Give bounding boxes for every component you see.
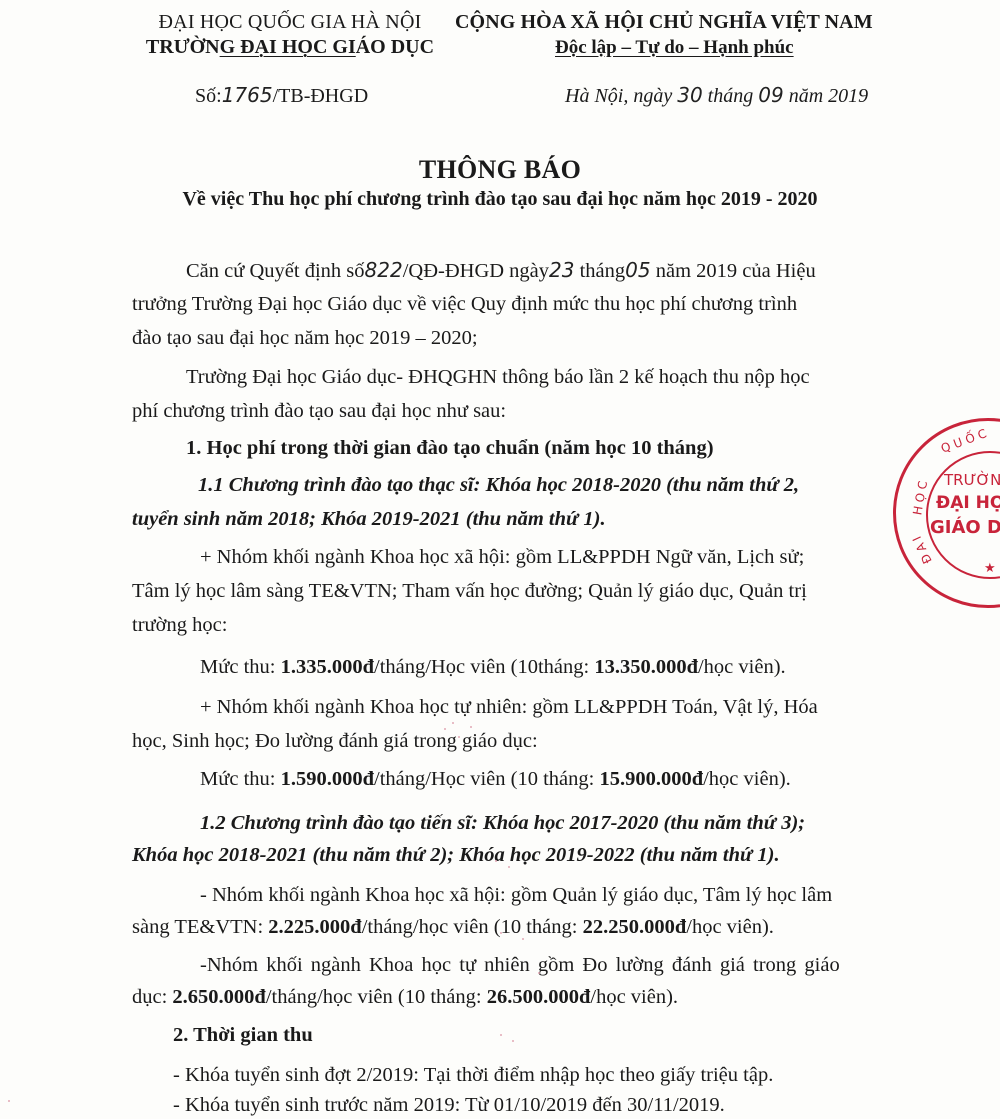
star-icon: ★ xyxy=(984,561,996,576)
parent-organization: ĐẠI HỌC QUỐC GIA HÀ NỘI xyxy=(140,10,440,35)
handwritten-decision-month: 05 xyxy=(625,258,650,282)
phd-natural-group-line-2: dục: 2.650.000đ/tháng/học viên (10 tháng… xyxy=(132,980,678,1014)
national-motto: Độc lập – Tự do – Hạnh phúc xyxy=(455,35,895,60)
handwritten-decision-day: 23 xyxy=(549,258,574,282)
official-stamp: Q U Ố C H Ọ C Đ A I TRƯỜNG ĐẠI HỌ GIÁO D… xyxy=(893,418,1000,608)
fee-monthly: 2.650.000đ xyxy=(172,986,265,1008)
fee-monthly: 2.225.000đ xyxy=(268,916,361,938)
masters-natural-group-line-1: + Nhóm khối ngành Khoa học tự nhiên: gồm… xyxy=(200,690,818,724)
phd-social-group-line-1: - Nhóm khối ngành Khoa học xã hội: gồm Q… xyxy=(200,878,832,912)
fee-total: 13.350.000đ xyxy=(594,656,698,678)
document-subtitle: Về việc Thu học phí chương trình đào tạo… xyxy=(0,188,1000,211)
intro-paragraph-1-line-1: Căn cứ Quyết định số822/QĐ-ĐHGD ngày23 t… xyxy=(186,253,816,288)
phd-social-group-line-2: sàng TE&VTN: 2.225.000đ/tháng/học viên (… xyxy=(132,910,774,944)
fee-monthly: 1.335.000đ xyxy=(281,656,374,678)
handwritten-decision-number: 822 xyxy=(365,258,403,282)
fee-total: 22.250.000đ xyxy=(583,916,687,938)
issuing-organization: ĐẠI HỌC QUỐC GIA HÀ NỘI TRƯỜNG ĐẠI HỌC G… xyxy=(140,10,440,60)
section-1-heading: 1. Học phí trong thời gian đào tạo chuẩn… xyxy=(186,431,714,465)
phd-natural-group-line-1: -Nhóm khối ngành Khoa học tự nhiên gồm Đ… xyxy=(200,948,840,982)
national-header: CỘNG HÒA XÃ HỘI CHỦ NGHĨA VIỆT NAM Độc l… xyxy=(455,10,895,60)
masters-natural-group-line-2: học, Sinh học; Đo lường đánh giá trong g… xyxy=(132,724,538,758)
fee-total: 26.500.000đ xyxy=(487,986,591,1008)
fee-total: 15.900.000đ xyxy=(599,768,703,790)
fee-monthly: 1.590.000đ xyxy=(281,768,374,790)
document-page: ĐẠI HỌC QUỐC GIA HÀ NỘI TRƯỜNG ĐẠI HỌC G… xyxy=(0,0,1000,1119)
section-1-2-heading-line-2: Khóa học 2018-2021 (thu năm thứ 2); Khóa… xyxy=(132,838,780,872)
masters-social-group-line-3: trường học: xyxy=(132,608,227,642)
collection-time-item-2: - Khóa tuyển sinh trước năm 2019: Từ 01/… xyxy=(173,1088,725,1119)
intro-paragraph-1-line-2: trưởng Trường Đại học Giáo dục về việc Q… xyxy=(132,287,797,321)
document-title: THÔNG BÁO xyxy=(0,155,1000,185)
country-name: CỘNG HÒA XÃ HỘI CHỦ NGHĨA VIỆT NAM xyxy=(455,10,895,35)
collection-time-item-1: - Khóa tuyển sinh đợt 2/2019: Tại thời đ… xyxy=(173,1058,773,1092)
masters-natural-fee: Mức thu: 1.590.000đ/tháng/Học viên (10 t… xyxy=(200,762,791,796)
handwritten-day: 30 xyxy=(677,83,702,107)
intro-paragraph-2-line-1: Trường Đại học Giáo dục- ĐHQGHN thông bá… xyxy=(186,360,810,394)
intro-paragraph-1-line-3: đào tạo sau đại học năm học 2019 – 2020; xyxy=(132,321,478,355)
section-2-heading: 2. Thời gian thu xyxy=(173,1018,313,1052)
document-number: Số:1765/TB-ĐHGD xyxy=(195,83,368,108)
handwritten-number: 1765 xyxy=(222,83,273,107)
issue-date: Hà Nội, ngày 30 tháng 09 năm 2019 xyxy=(565,83,868,108)
handwritten-month: 09 xyxy=(758,83,783,107)
intro-paragraph-2-line-2: phí chương trình đào tạo sau đại học như… xyxy=(132,394,506,428)
masters-social-group-line-2: Tâm lý học lâm sàng TE&VTN; Tham vấn học… xyxy=(132,574,807,608)
school-name: TRƯỜNG ĐẠI HỌC GIÁO DỤC xyxy=(140,35,440,60)
masters-social-fee: Mức thu: 1.335.000đ/tháng/Học viên (10th… xyxy=(200,650,786,684)
section-1-1-heading-line-2: tuyển sinh năm 2018; Khóa 2019-2021 (thu… xyxy=(132,502,606,536)
section-1-2-heading-line-1: 1.2 Chương trình đào tạo tiến sĩ: Khóa h… xyxy=(200,806,805,840)
masters-social-group-line-1: + Nhóm khối ngành Khoa học xã hội: gồm L… xyxy=(200,540,804,574)
section-1-1-heading-line-1: 1.1 Chương trình đào tạo thạc sĩ: Khóa h… xyxy=(198,468,799,502)
